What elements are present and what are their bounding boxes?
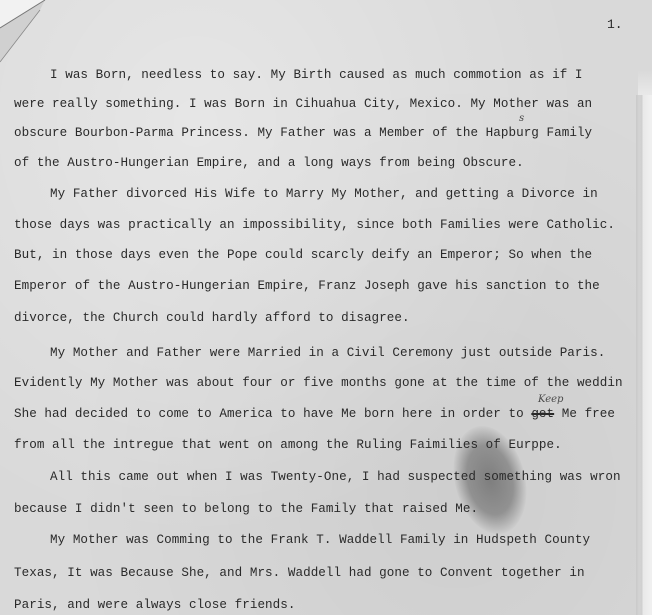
page-number: 1.	[607, 17, 623, 32]
page-border-strip	[636, 95, 652, 615]
page-edge	[638, 0, 652, 100]
text-segment: She had decided to come to America to ha…	[14, 407, 531, 421]
text-line: Evidently My Mother was about four or fi…	[14, 376, 623, 390]
text-line: Emperor of the Austro-Hungerian Empire, …	[14, 279, 600, 293]
text-line: from all the intregue that went on among…	[14, 438, 562, 452]
text-line: Texas, It was Because She, and Mrs. Wadd…	[14, 566, 585, 580]
text-line: My Father divorced His Wife to Marry My …	[50, 187, 598, 201]
text-line: My Mother and Father were Married in a C…	[50, 346, 605, 360]
handwritten-insert-keep: Keep	[538, 394, 563, 405]
text-line: My Mother was Comming to the Frank T. Wa…	[50, 533, 590, 547]
text-line: those days was practically an impossibil…	[14, 218, 615, 232]
text-line: I was Born, needless to say. My Birth ca…	[50, 68, 583, 82]
struck-word: get	[531, 407, 554, 421]
text-segment: Me free	[554, 407, 615, 421]
text-line: But, in those days even the Pope could s…	[14, 248, 592, 262]
text-line: Paris, and were always close friends.	[14, 598, 295, 612]
text-line: were really something. I was Born in Cih…	[14, 97, 592, 111]
text-line: because I didn't seen to belong to the F…	[14, 502, 478, 516]
text-line: obscure Bourbon-Parma Princess. My Fathe…	[14, 126, 592, 140]
folded-corner	[0, 0, 60, 70]
text-line: All this came out when I was Twenty-One,…	[50, 470, 621, 484]
text-line: divorce, the Church could hardly afford …	[14, 311, 410, 325]
text-line: She had decided to come to America to ha…	[14, 407, 615, 421]
handwritten-insert-s: s	[519, 113, 524, 124]
text-line: of the Austro-Hungerian Empire, and a lo…	[14, 156, 524, 170]
scanned-page: 1. I was Born, needless to say. My Birth…	[0, 0, 652, 615]
